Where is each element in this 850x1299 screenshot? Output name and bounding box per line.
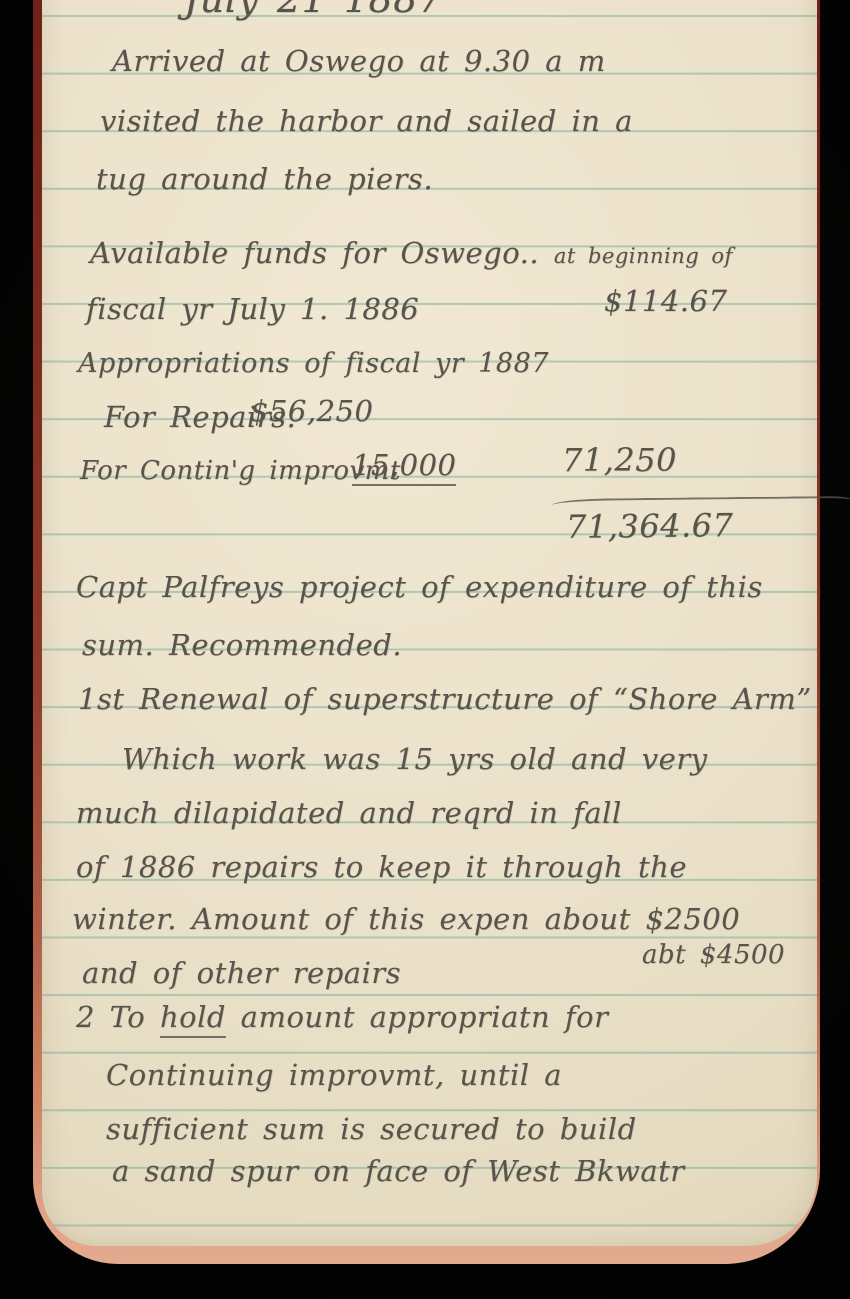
handwritten-line: sum. Recommended. (82, 630, 402, 660)
handwritten-line: visited the harbor and sailed in a (100, 106, 633, 136)
handwritten-line: and of other repairs (82, 958, 401, 988)
handwritten-line: Capt Palfreys project of expenditure of … (76, 572, 763, 602)
handwriting-layer: July 21 1887Arrived at Oswego at 9.30 a … (42, 0, 817, 1246)
handwritten-line: much dilapidated and reqrd in fall (76, 798, 622, 828)
handwritten-line: $114.67 (604, 286, 727, 316)
handwritten-line: tug around the piers. (96, 164, 433, 194)
handwritten-line: a sand spur on face of West Bkwatr (112, 1156, 685, 1186)
notebook-page: July 21 1887Arrived at Oswego at 9.30 a … (42, 0, 817, 1246)
handwritten-line: Arrived at Oswego at 9.30 a m (112, 46, 606, 76)
handwritten-line: winter. Amount of this expen about $2500 (72, 904, 740, 934)
handwritten-line: Available funds for Oswego.. at beginnin… (90, 238, 733, 268)
handwritten-line: 15,000 (352, 450, 456, 480)
handwritten-line: Appropriations of fiscal yr 1887 (78, 350, 549, 378)
handwritten-line: fiscal yr July 1. 1886 (86, 294, 419, 324)
handwritten-line: of 1886 repairs to keep it through the (76, 852, 687, 882)
handwritten-line: 2 To hold amount appropriatn for (76, 1002, 608, 1032)
handwritten-line: abt $4500 (642, 942, 785, 969)
handwritten-line: sufficient sum is secured to build (106, 1114, 637, 1144)
photo-background: July 21 1887Arrived at Oswego at 9.30 a … (0, 0, 850, 1299)
handwritten-line: Which work was 15 yrs old and very (122, 744, 708, 774)
handwritten-line: 71,250 (562, 444, 677, 478)
handwritten-line: 71,364.67 (566, 509, 734, 544)
handwritten-line: Continuing improvmt, until a (106, 1060, 562, 1090)
handwritten-line: July 21 1887 (184, 0, 443, 20)
handwritten-line: $56,250 (250, 396, 373, 426)
handwritten-line: 1st Renewal of superstructure of “Shore … (78, 684, 812, 714)
